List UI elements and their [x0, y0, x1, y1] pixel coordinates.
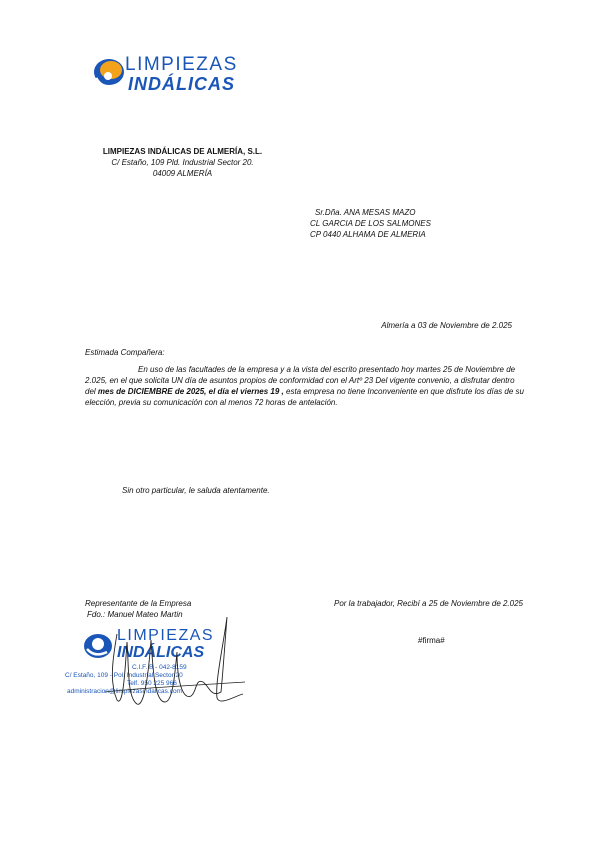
recipient-name: Sr.Dña. ANA MESAS MAZO: [310, 207, 431, 218]
letter-body: En uso de las facultades de la empresa y…: [85, 364, 525, 408]
closing-line: Sin otro particular, le saluda atentamen…: [122, 485, 270, 496]
worker-signature-placeholder: #firma#: [418, 635, 445, 646]
worker-receipt-label: Por la trabajador, Recibí a 25 de Noviem…: [334, 598, 523, 609]
company-rep-label: Representante de la Empresa: [85, 598, 191, 609]
sender-address: C/ Estaño, 109 Pld. Industrial Sector 20…: [80, 157, 285, 168]
logo-line2: INDÁLICAS: [128, 74, 235, 95]
logo-line1: LIMPIEZAS: [125, 54, 238, 76]
logo-swoosh-icon: [92, 56, 128, 96]
company-stamp: LIMPIEZAS INDÁLICAS C.I.F. B - 042-8159 …: [65, 612, 250, 712]
recipient-street: CL GARCIA DE LOS SALMONES: [310, 218, 431, 229]
recipient-city: CP 0440 ALHAMA DE ALMERIA: [310, 229, 431, 240]
recipient-block: Sr.Dña. ANA MESAS MAZO CL GARCIA DE LOS …: [310, 207, 431, 240]
company-logo: LIMPIEZAS INDÁLICAS: [92, 52, 252, 102]
sender-block: LIMPIEZAS INDÁLICAS DE ALMERÍA, S.L. C/ …: [80, 146, 285, 179]
sender-name: LIMPIEZAS INDÁLICAS DE ALMERÍA, S.L.: [80, 146, 285, 157]
handwritten-signature-icon: [65, 612, 250, 712]
greeting: Estimada Compañera:: [85, 347, 165, 358]
date-line: Almería a 03 de Noviembre de 2.025: [360, 320, 512, 331]
sender-city: 04009 ALMERÍA: [80, 168, 285, 179]
body-highlight: mes de DICIEMBRE de 2025, el día el vier…: [98, 387, 284, 396]
